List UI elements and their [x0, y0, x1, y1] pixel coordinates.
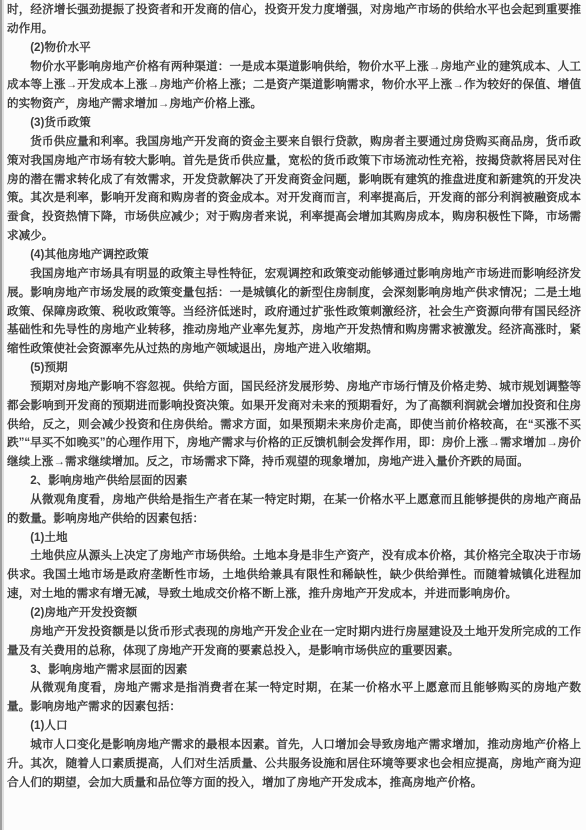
subsection-heading-price-level: (2)物价水平 [7, 39, 581, 58]
page-edge-shadow-light [2, 0, 4, 830]
paragraph-price-level-detail: 物价水平影响房地产价格有两种渠道：一是成本渠道影响供给，物价水平上涨→房地产业的… [7, 58, 581, 115]
paragraph-development-investment-detail: 房地产开发投资额是以货币形式表现的房地产开发企业在一定时期内进行房屋建设及土地开… [7, 623, 581, 661]
paragraph-population-detail: 城市人口变化是影响房地产需求的最根本因素。首先，人口增加会导致房地产需求增加，推… [7, 736, 581, 793]
paragraph-regulation-policy-detail: 我国房地产市场具有明显的政策主导性特征，宏观调控和政策变动能够通过影响房地产市场… [7, 265, 581, 359]
document-page: 时，经济增长强劲提振了投资者和开发商的信心，投资开发力度增强，对房地产市场的供给… [0, 0, 586, 830]
paragraph-expectation-detail: 预期对房地产影响不容忽视。供给方面，国民经济发展形势、房地产市场行情及价格走势、… [7, 378, 581, 472]
paragraph-land-detail: 土地供应从源头上决定了房地产市场供给。土地本身是非生产资产，没有成本价格，其价格… [7, 547, 581, 604]
paragraph-demand-definition: 从微观角度看，房地产需求是指消费者在某一特定时期，在某一价格水平上愿意而且能够购… [7, 679, 581, 717]
section-heading-supply-factors: 2、影响房地产供给层面的因素 [7, 472, 581, 491]
subsection-heading-development-investment: (2)房地产开发投资额 [7, 604, 581, 623]
subsection-heading-expectation: (5)预期 [7, 359, 581, 378]
paragraph-supply-definition: 从微观角度看，房地产供给是指生产者在某一特定时期，在某一价格水平上愿意而且能够提… [7, 491, 581, 529]
subsection-heading-monetary-policy: (3)货币政策 [7, 114, 581, 133]
paragraph-monetary-policy-detail: 货币供应量和利率。我国房地产开发商的资金主要来自银行贷款，购房者主要通过房贷购买… [7, 133, 581, 246]
subsection-heading-population: (1)人口 [7, 717, 581, 736]
subsection-heading-other-regulation-policy: (4)其他房地产调控政策 [7, 246, 581, 265]
text-column: 时，经济增长强劲提振了投资者和开发商的信心，投资开发力度增强，对房地产市场的供给… [7, 1, 581, 792]
paragraph-economic-growth-continued: 时，经济增长强劲提振了投资者和开发商的信心，投资开发力度增强，对房地产市场的供给… [7, 1, 581, 39]
subsection-heading-land: (1)土地 [7, 529, 581, 548]
section-heading-demand-factors: 3、影响房地产需求层面的因素 [7, 661, 581, 680]
